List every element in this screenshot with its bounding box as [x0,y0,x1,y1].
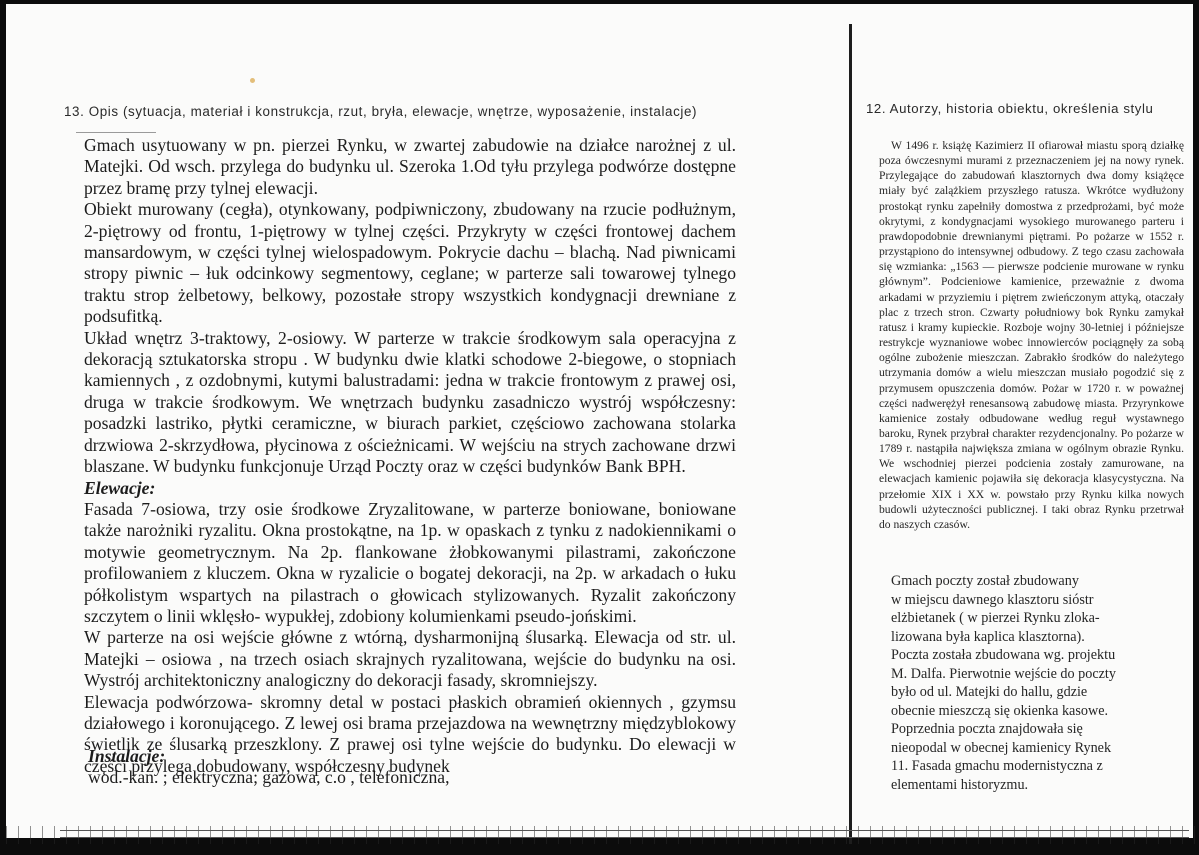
note-line: Poprzednia poczta znajdowała się [891,720,1151,739]
section-12-heading: 12. Autorzy, historia obiektu, określeni… [866,101,1153,116]
note-line: M. Dalfa. Pierwotnie wejście do poczty [891,665,1151,684]
note-line: w miejscu dawnego klasztoru sióstr [891,591,1151,610]
stain-mark [250,78,255,83]
elewacje-heading: Elewacje: [84,478,736,499]
paragraph-location: Gmach usytuowany w pn. pierzei Rynku, w … [84,135,736,199]
instalacje-heading: Instalacje: [88,746,449,767]
history-text: W 1496 r. książę Kazimierz II ofiarował … [879,138,1184,532]
scanned-page: 13. Opis (sytuacja, materiał i konstrukc… [6,4,1193,838]
post-office-note: Gmach poczty został zbudowany w miejscu … [891,572,1151,794]
section-13-description: Gmach usytuowany w pn. pierzei Rynku, w … [84,135,736,777]
scan-bottom-artifact [0,826,1199,844]
section-13-heading: 13. Opis (sytuacja, materiał i konstrukc… [64,104,697,119]
scan-edge [0,844,1199,855]
note-line: nieopodal w obecnej kamienicy Rynek [891,739,1151,758]
history-clipping: W 1496 r. książę Kazimierz II ofiarował … [879,138,1184,532]
note-line: elementami historyzmu. [891,776,1151,795]
instalacje-text: wod.-kan. ; elektryczna; gazowa, c.o , t… [88,767,449,787]
paragraph-interior: Układ wnętrz 3-traktowy, 2-osiowy. W par… [84,328,736,478]
paragraph-entrance: W parterze na osi wejście główne z wtórn… [84,627,736,691]
note-line: Poczta została zbudowana wg. projektu [891,646,1151,665]
note-line: 11. Fasada gmachu modernistyczna z [891,757,1151,776]
paragraph-facade: Fasada 7-osiowa, trzy osie środkowe Zryz… [84,499,736,627]
note-line: lizowana była kaplica klasztorna). [891,628,1151,647]
note-line: elżbietanek ( w pierzei Rynku zloka- [891,609,1151,628]
note-line: było od ul. Matejki do hallu, gdzie [891,683,1151,702]
installations-block: Instalacje: wod.-kan. ; elektryczna; gaz… [88,746,449,788]
column-divider [849,24,852,854]
note-line: Gmach poczty został zbudowany [891,572,1151,591]
note-line: obecnie mieszczą się okienka kasowe. [891,702,1151,721]
paragraph-construction: Obiekt murowany (cegła), otynkowany, pod… [84,199,736,327]
heading-rule [76,132,156,133]
